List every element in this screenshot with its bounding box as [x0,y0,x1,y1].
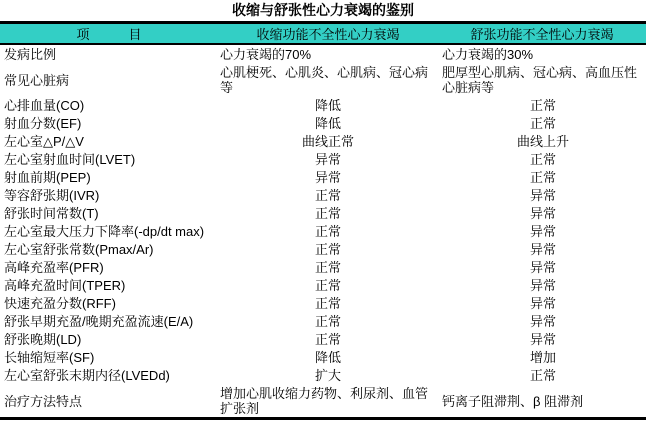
systolic-cell: 心力衰竭的70% [218,44,438,63]
systolic-cell: 正常 [218,294,438,312]
item-cell: 长轴缩短率(SF) [0,348,218,366]
item-cell: 左心室△P/△V [0,132,218,150]
systolic-cell: 正常 [218,222,438,240]
item-cell: 射血分数(EF) [0,114,218,132]
diastolic-cell: 异常 [438,186,646,204]
item-cell: 左心室舒张常数(Pmax/Ar) [0,240,218,258]
item-cell: 舒张早期充盈/晚期充盈流速(E/A) [0,312,218,330]
systolic-cell: 正常 [218,258,438,276]
diastolic-cell: 正常 [438,168,646,186]
table-body: 发病比例心力衰竭的70%心力衰竭的30%常见心脏病心肌梗死、心肌炎、心肌病、冠心… [0,44,646,419]
diastolic-cell: 正常 [438,114,646,132]
systolic-cell: 正常 [218,204,438,222]
diastolic-cell: 钙离子阻滞荆、β 阻滞剂 [438,384,646,419]
table-row: 高峰充盈率(PFR)正常异常 [0,258,646,276]
diastolic-cell: 异常 [438,240,646,258]
item-cell: 左心室舒张末期内径(LVEDd) [0,366,218,384]
diastolic-cell: 肥厚型心肌病、冠心病、高血压性心脏病等 [438,63,646,96]
item-cell: 心排血量(CO) [0,96,218,114]
header-cell-diastolic: 舒张功能不全性心力衰竭 [438,23,646,45]
systolic-cell: 异常 [218,150,438,168]
diastolic-cell: 异常 [438,204,646,222]
table-row: 长轴缩短率(SF)降低增加 [0,348,646,366]
table-row: 心排血量(CO)降低正常 [0,96,646,114]
table-row: 射血前期(PEP)异常正常 [0,168,646,186]
table-row: 高峰充盈时间(TPER)正常异常 [0,276,646,294]
systolic-cell: 正常 [218,240,438,258]
table-row: 舒张早期充盈/晚期充盈流速(E/A)正常异常 [0,312,646,330]
table-row: 舒张晚期(LD)正常异常 [0,330,646,348]
systolic-cell: 正常 [218,276,438,294]
table-row: 左心室射血时间(LVET)异常正常 [0,150,646,168]
table-row: 快速充盈分数(RFF)正常异常 [0,294,646,312]
header-cell-systolic: 收缩功能不全性心力衰竭 [218,23,438,45]
systolic-cell: 增加心肌收缩力药物、利尿剂、血管扩张剂 [218,384,438,419]
systolic-cell: 心肌梗死、心肌炎、心肌病、冠心病等 [218,63,438,96]
item-cell: 常见心脏病 [0,63,218,96]
diastolic-cell: 异常 [438,330,646,348]
systolic-cell: 异常 [218,168,438,186]
diastolic-cell: 正常 [438,96,646,114]
table-row: 发病比例心力衰竭的70%心力衰竭的30% [0,44,646,63]
diastolic-cell: 曲线上升 [438,132,646,150]
table-row: 治疗方法特点增加心肌收缩力药物、利尿剂、血管扩张剂钙离子阻滞荆、β 阻滞剂 [0,384,646,419]
page-title: 收缩与舒张性心力衰竭的鉴别 [0,0,646,21]
systolic-cell: 降低 [218,348,438,366]
table-row: 左心室舒张末期内径(LVEDd)扩大正常 [0,366,646,384]
diastolic-cell: 心力衰竭的30% [438,44,646,63]
item-cell: 治疗方法特点 [0,384,218,419]
systolic-cell: 正常 [218,186,438,204]
systolic-cell: 正常 [218,330,438,348]
item-cell: 舒张时间常数(T) [0,204,218,222]
diastolic-cell: 异常 [438,222,646,240]
systolic-cell: 正常 [218,312,438,330]
table-row: 左心室最大压力下降率(-dp/dt max)正常异常 [0,222,646,240]
item-cell: 左心室最大压力下降率(-dp/dt max) [0,222,218,240]
document-page: 收缩与舒张性心力衰竭的鉴别 项 目 收缩功能不全性心力衰竭 舒张功能不全性心力衰… [0,0,646,431]
diastolic-cell: 异常 [438,312,646,330]
item-cell: 射血前期(PEP) [0,168,218,186]
diastolic-cell: 正常 [438,366,646,384]
diastolic-cell: 正常 [438,150,646,168]
table-row: 舒张时间常数(T)正常异常 [0,204,646,222]
systolic-cell: 扩大 [218,366,438,384]
diastolic-cell: 异常 [438,258,646,276]
table-row: 常见心脏病心肌梗死、心肌炎、心肌病、冠心病等肥厚型心肌病、冠心病、高血压性心脏病… [0,63,646,96]
item-cell: 等容舒张期(IVR) [0,186,218,204]
header-row: 项 目 收缩功能不全性心力衰竭 舒张功能不全性心力衰竭 [0,23,646,45]
item-cell: 舒张晚期(LD) [0,330,218,348]
diastolic-cell: 异常 [438,294,646,312]
item-cell: 快速充盈分数(RFF) [0,294,218,312]
diastolic-cell: 异常 [438,276,646,294]
systolic-cell: 降低 [218,114,438,132]
table-row: 左心室舒张常数(Pmax/Ar)正常异常 [0,240,646,258]
systolic-cell: 曲线正常 [218,132,438,150]
table-row: 左心室△P/△V曲线正常曲线上升 [0,132,646,150]
item-cell: 高峰充盈率(PFR) [0,258,218,276]
table-row: 射血分数(EF)降低正常 [0,114,646,132]
comparison-table: 项 目 收缩功能不全性心力衰竭 舒张功能不全性心力衰竭 发病比例心力衰竭的70%… [0,21,646,420]
header-cell-item: 项 目 [0,23,218,45]
item-cell: 高峰充盈时间(TPER) [0,276,218,294]
item-cell: 左心室射血时间(LVET) [0,150,218,168]
diastolic-cell: 增加 [438,348,646,366]
systolic-cell: 降低 [218,96,438,114]
table-row: 等容舒张期(IVR)正常异常 [0,186,646,204]
item-cell: 发病比例 [0,44,218,63]
